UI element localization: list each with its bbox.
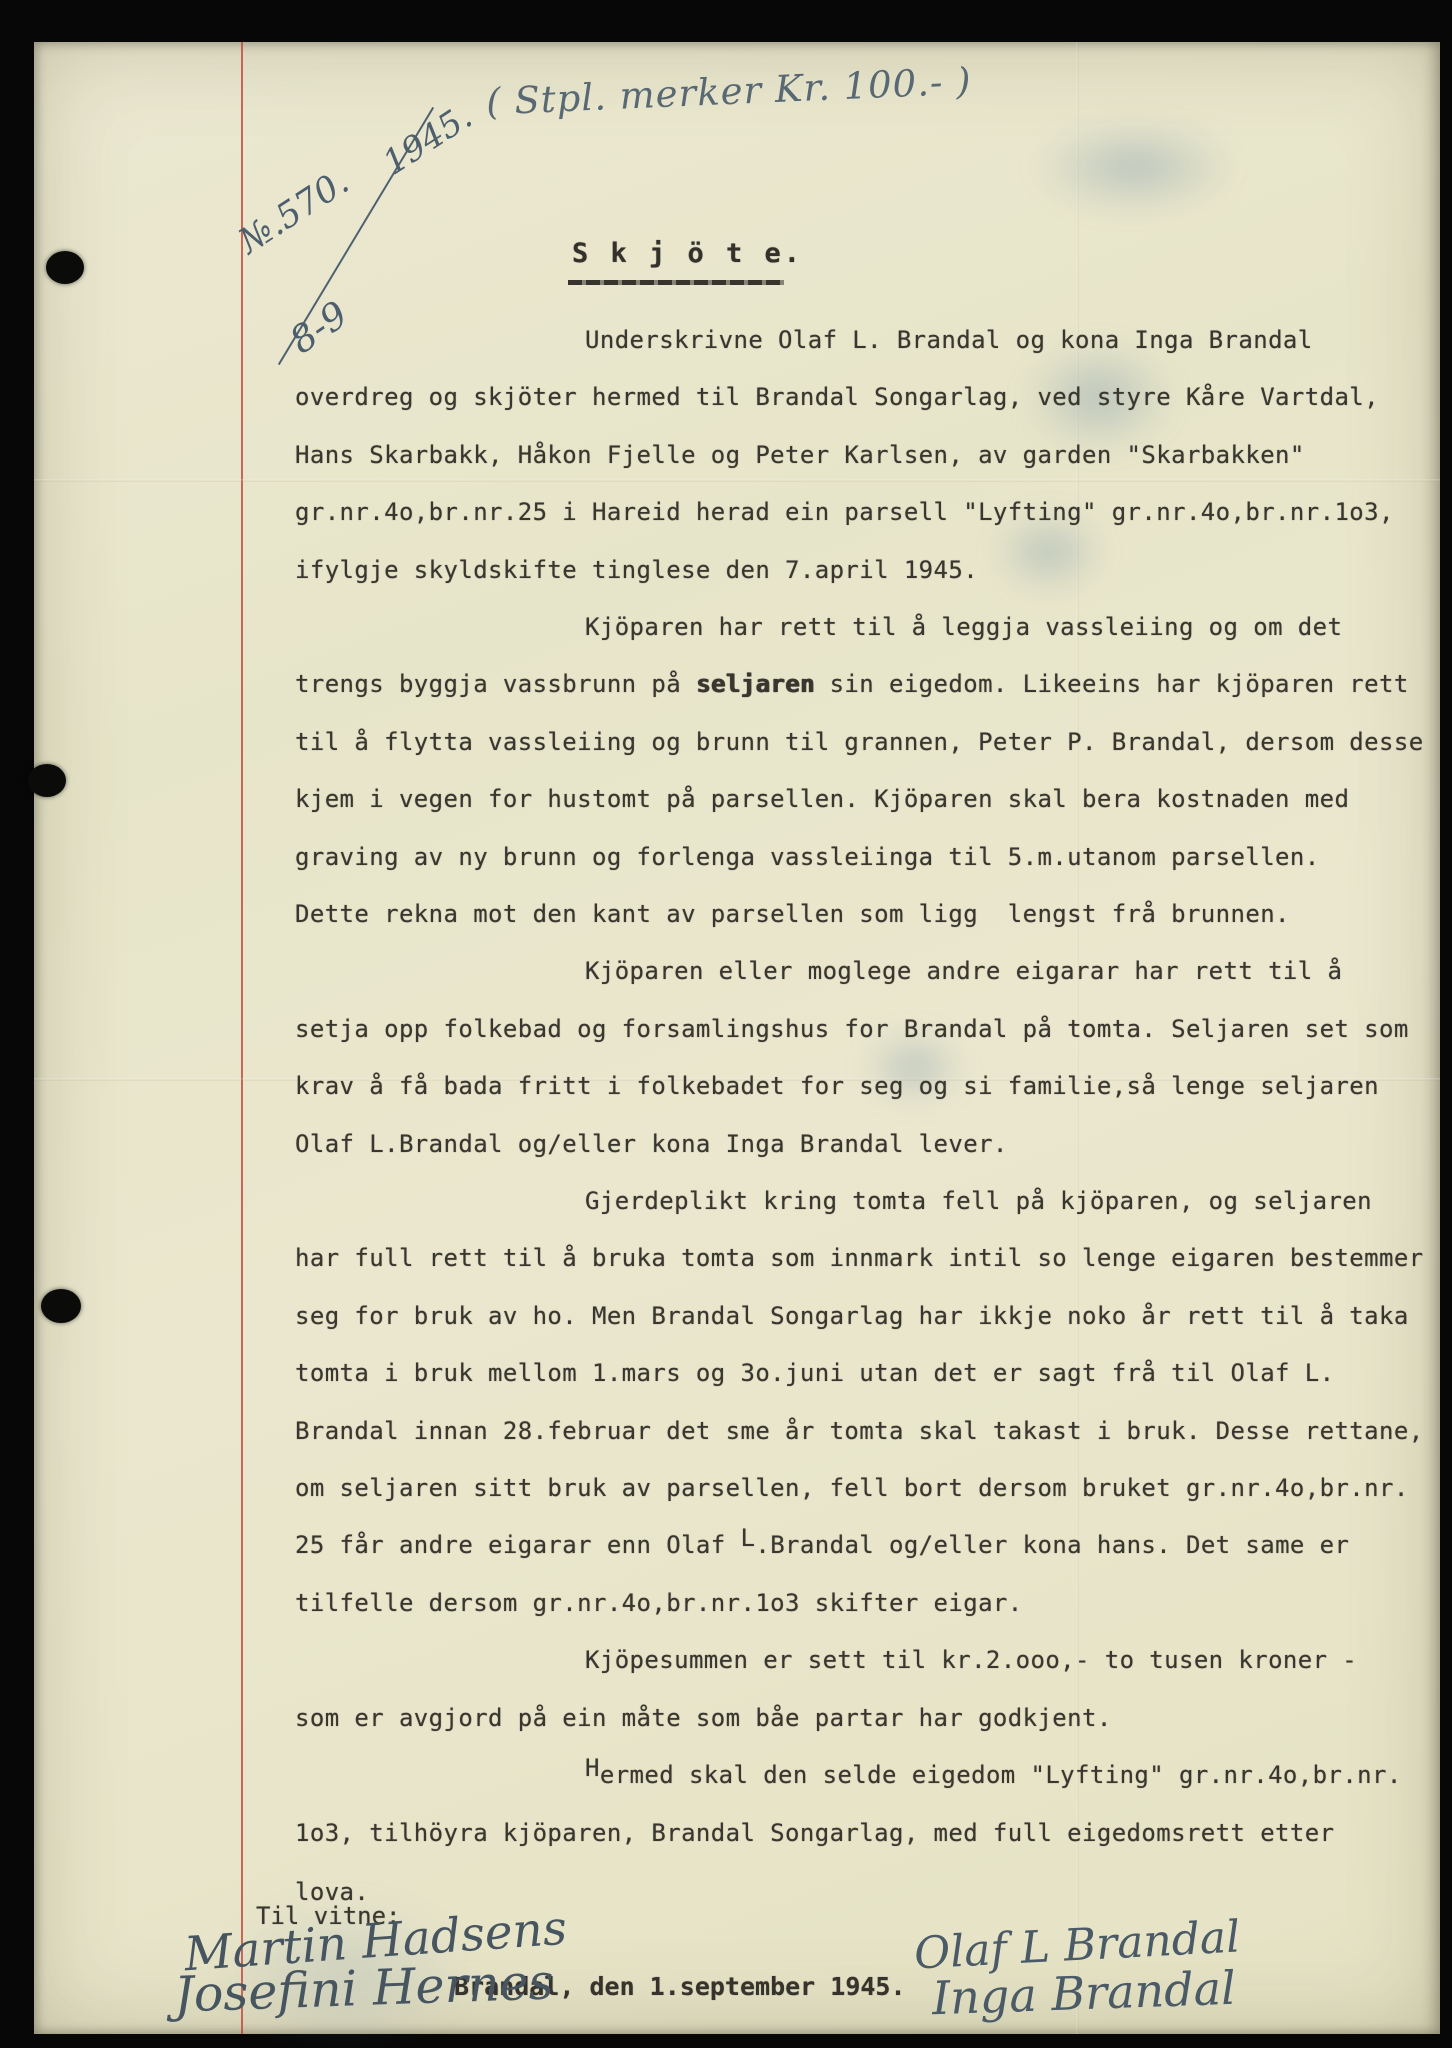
punch-hole xyxy=(41,1289,81,1323)
punch-hole xyxy=(46,251,84,284)
typed-line: har full rett til å bruka tomta som innm… xyxy=(295,1244,1420,1273)
typed-line: tilfelle dersom gr.nr.4o,br.nr.1o3 skift… xyxy=(295,1589,1420,1618)
punch-hole xyxy=(28,764,66,797)
handwritten-case-number: №.570. 8-9 1945. xyxy=(227,94,487,404)
typed-line: Hermed skal den selde eigedom "Lyfting" … xyxy=(295,1761,1452,1790)
typed-line: Kjöparen eller moglege andre eigarar har… xyxy=(295,957,1452,986)
document-title: S k j ö t e. xyxy=(572,238,803,269)
witness-signature-2: Josefini Hernes xyxy=(173,1953,554,2023)
raised-letter: L xyxy=(740,1524,755,1552)
typed-line: 25 får andre eigarar enn Olaf L.Brandal … xyxy=(295,1531,1420,1560)
typed-line: overdreg og skjöter hermed til Brandal S… xyxy=(295,383,1420,412)
typed-line: seg for bruk av ho. Men Brandal Songarla… xyxy=(295,1302,1420,1331)
typed-line: som er avgjord på ein måte som båe parta… xyxy=(295,1704,1420,1733)
typed-line: trengs byggja vassbrunn på seljaren sin … xyxy=(295,670,1420,699)
typed-line: Gjerdeplikt kring tomta fell på kjöparen… xyxy=(295,1187,1452,1216)
typed-line: Kjöparen har rett til å leggja vassleiin… xyxy=(295,613,1452,642)
typed-line: Hans Skarbakk, Håkon Fjelle og Peter Kar… xyxy=(295,441,1420,470)
case-date-year: 1945. xyxy=(376,97,479,184)
typed-line: graving av ny brunn og forlenga vassleii… xyxy=(295,843,1420,872)
typed-line: lova. xyxy=(295,1878,1420,1907)
case-number-value: №.570. xyxy=(232,162,356,262)
scanned-page: №.570. 8-9 1945. ( Stpl. merker Kr. 100.… xyxy=(0,0,1452,2048)
typed-line: til å flytta vassleiing og brunn til gra… xyxy=(295,728,1420,757)
typed-text: ermed skal den selde eigedom "Lyfting" g… xyxy=(600,1761,1402,1789)
typed-text: trengs byggja vassbrunn på xyxy=(295,670,696,698)
overtyped-word: seljaren xyxy=(696,670,815,698)
title-underline xyxy=(568,280,784,285)
typed-line: om seljaren sitt bruk av parsellen, fell… xyxy=(295,1474,1420,1503)
typed-line: kjem i vegen for hustomt på parsellen. K… xyxy=(295,785,1420,814)
typed-text: sin eigedom. Likeeins har kjöparen rett xyxy=(815,670,1409,698)
typed-line: 1o3, tilhöyra kjöparen, Brandal Songarla… xyxy=(295,1819,1420,1848)
typed-line: Underskrivne Olaf L. Brandal og kona Ing… xyxy=(295,326,1452,355)
horizontal-crease xyxy=(34,479,1440,482)
typed-line: Olaf L.Brandal og/eller kona Inga Branda… xyxy=(295,1130,1420,1159)
typed-line: tomta i bruk mellom 1.mars og 3o.juni ut… xyxy=(295,1359,1420,1388)
typed-text: .Brandal og/eller kona hans. Det same er xyxy=(755,1531,1349,1559)
seller-signature-2: Inga Brandal xyxy=(931,1961,1236,2026)
ink-smudge xyxy=(1034,122,1234,212)
typed-line: ifylgje skyldskifte tinglese den 7.april… xyxy=(295,556,1420,585)
typed-line: krav å få bada fritt i folkebadet for se… xyxy=(295,1072,1420,1101)
typed-line: setja opp folkebad og forsamlingshus for… xyxy=(295,1015,1420,1044)
paper: №.570. 8-9 1945. ( Stpl. merker Kr. 100.… xyxy=(34,42,1440,2034)
raised-letter: H xyxy=(585,1754,600,1782)
typed-line: Dette rekna mot den kant av parsellen so… xyxy=(295,900,1420,929)
typed-line: Brandal innan 28.februar det sme år tomt… xyxy=(295,1417,1420,1446)
typed-line: gr.nr.4o,br.nr.25 i Hareid herad ein par… xyxy=(295,498,1420,527)
typed-line: Kjöpesummen er sett til kr.2.ooo,- to tu… xyxy=(295,1646,1452,1675)
handwritten-stamp-note: ( Stpl. merker Kr. 100.- ) xyxy=(485,59,972,123)
typed-text: 25 får andre eigarar enn Olaf xyxy=(295,1531,740,1559)
